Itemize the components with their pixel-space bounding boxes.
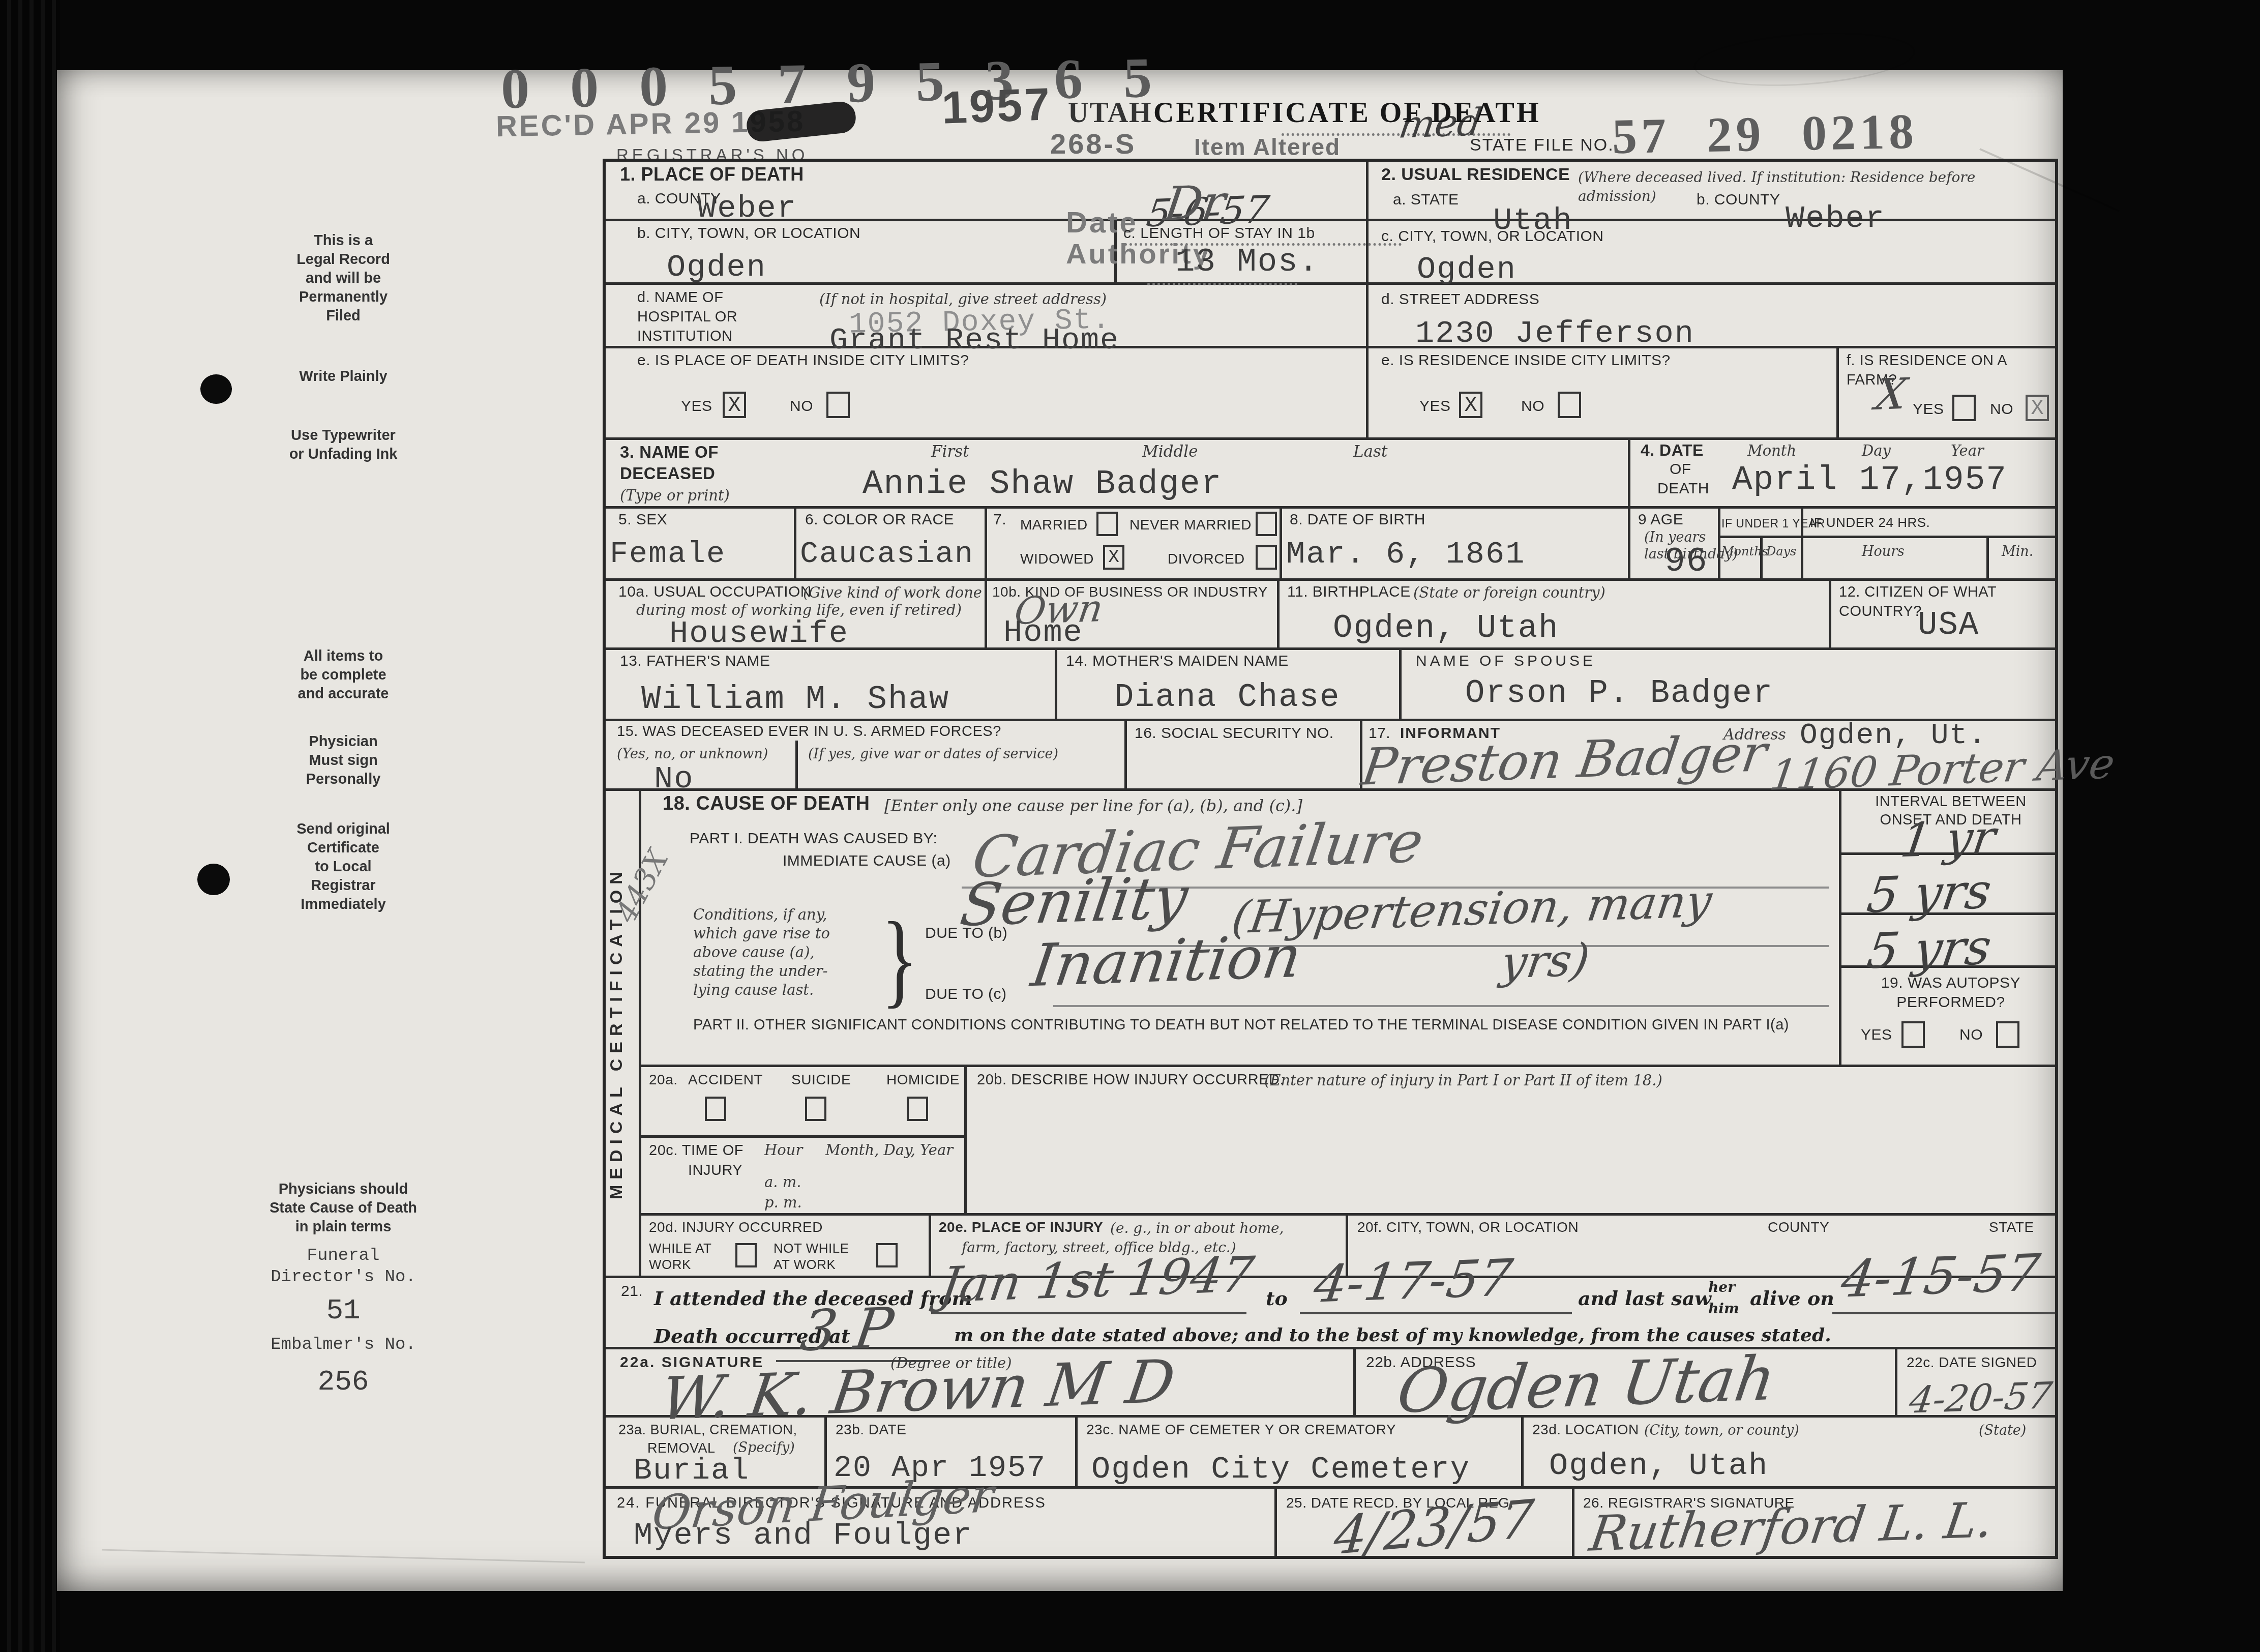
field-7-divorced-label: DIVORCED [1168, 549, 1245, 569]
field-2d-label: d. STREET ADDRESS [1381, 290, 1539, 309]
field-23d-value: Ogden, Utah [1549, 1448, 1768, 1484]
grid-line [1836, 346, 1839, 437]
cause-c-line [1053, 1005, 1829, 1007]
field-11-note: (State or foreign country) [1413, 583, 1605, 602]
field-22c-label: 22c. DATE SIGNED [1907, 1353, 2037, 1372]
funeral-director-no-value: 51 [224, 1294, 463, 1327]
state-file-no-label: STATE FILE NO. [1470, 135, 1614, 155]
checkbox-2e-yes: X [1459, 392, 1482, 418]
embalmer-no-value: 256 [224, 1366, 463, 1398]
field-10a-note-1: (Give kind of work done [803, 583, 982, 602]
field-21-text-6: m on the date stated above; and to the b… [954, 1324, 1831, 1346]
checkbox-20d-while [735, 1243, 757, 1267]
checkbox-2f-no: X [2026, 395, 2049, 421]
checkbox-19-yes [1901, 1021, 1925, 1048]
grid-line [1399, 647, 1402, 719]
field-9-days-label: Days [1766, 542, 1796, 561]
field-14-label: 14. MOTHER'S MAIDEN NAME [1066, 652, 1289, 671]
authority-value-handwriting: Dr [1161, 175, 1229, 231]
field-23c-value: Ogden City Cemetery [1091, 1451, 1470, 1487]
field-18-conditions-note: Conditions, if any, which gave rise to a… [693, 905, 830, 999]
checkbox-7-widowed: X [1103, 545, 1124, 570]
margin-note-plain-terms: Physicians should State Cause of Death i… [224, 1180, 463, 1236]
field-9-months-label: Months [1721, 542, 1768, 561]
field-20b-note: (Enter nature of injury in Part I or Par… [1264, 1071, 1662, 1090]
cause-c-handwriting: Inanition [1027, 923, 1305, 1000]
grid-line [1986, 536, 1989, 578]
field-20c-label-1: 20c. TIME OF [649, 1141, 744, 1160]
field-21-from-line [931, 1312, 1246, 1314]
grid-line [964, 1065, 967, 1213]
grid-line [1366, 162, 1369, 437]
field-7-number: 7. [993, 510, 1006, 529]
field-23b-label: 23b. DATE [836, 1420, 906, 1439]
field-3-title: 3. NAME OF DECEASED [620, 441, 719, 484]
field-23a-label-1: 23a. BURIAL, CREMATION, [618, 1420, 797, 1439]
title-state: UTAH [1068, 97, 1152, 129]
medical-certification-label: MEDICAL CERTIFICATION [607, 792, 637, 1273]
field-20a-number: 20a. [649, 1070, 678, 1089]
grid-line [1628, 437, 1630, 506]
field-20f-label: 20f. CITY, TOWN, OR LOCATION [1357, 1218, 1579, 1237]
field-4-title-2: OF [1670, 460, 1691, 479]
field-9-under24-label: IF UNDER 24 HRS. [1810, 513, 1930, 532]
grid-line [1521, 1415, 1524, 1486]
field-1c-label: c. LENGTH OF STAY IN 1b [1123, 224, 1315, 243]
grid-line [1075, 1415, 1078, 1486]
grid-line [1124, 719, 1127, 788]
margin-note-write-plainly: Write Plainly [224, 367, 463, 386]
field-20c-mdy-label: Month, Day, Year [825, 1141, 953, 1160]
field-21-from-handwriting: Jan 1st 1947 [936, 1246, 1257, 1313]
checkbox-20d-notwhile [876, 1243, 898, 1267]
field-3-note: (Type or print) [620, 486, 730, 505]
field-4-title-3: DEATH [1657, 479, 1709, 498]
field-21-text-3: and last saw [1578, 1287, 1711, 1310]
field-21-number: 21. [621, 1282, 643, 1301]
field-20b-label: 20b. DESCRIBE HOW INJURY OCCURRED. [977, 1070, 1284, 1089]
cause-b3-handwriting: yrs) [1498, 933, 1593, 989]
field-20a-suicide-label: SUICIDE [791, 1070, 851, 1089]
checkbox-1e-no [826, 392, 850, 418]
grid-line [794, 506, 796, 578]
field-1e-label: e. IS PLACE OF DEATH INSIDE CITY LIMITS? [637, 351, 969, 370]
grid-line [1718, 536, 2055, 538]
field-2e-label: e. IS RESIDENCE INSIDE CITY LIMITS? [1381, 351, 1671, 370]
checkbox-7-never-married [1256, 512, 1277, 536]
field-19-yes-label: YES [1861, 1025, 1892, 1045]
margin-note-legal-record: This is a Legal Record and will be Perma… [224, 231, 463, 326]
field-8-label: 8. DATE OF BIRTH [1290, 510, 1425, 529]
checkbox-7-married [1096, 512, 1118, 536]
title-main: CERTIFICATE OF DEATH [1153, 97, 1541, 129]
grid-line [606, 437, 2055, 440]
field-23d-note: (City, town, or county) [1644, 1421, 1799, 1440]
certificate-form: 1. PLACE OF DEATH a. COUNTY Weber Date 5… [603, 159, 2058, 1559]
field-20c-label-2: INJURY [688, 1161, 742, 1180]
field-14-value: Diana Chase [1114, 680, 1340, 716]
field-20c-am-label: a. m. [764, 1173, 801, 1192]
checkbox-20a-accident [705, 1097, 726, 1121]
margin-note-typewriter: Use Typewriter or Unfading Ink [224, 426, 463, 464]
grid-line [1055, 647, 1057, 719]
field-21-her-label: her [1708, 1279, 1735, 1295]
field-22b-handwriting: Ogden Utah [1393, 1343, 1779, 1427]
field-spouse-label: NAME OF SPOUSE [1416, 652, 1596, 671]
grid-line [1628, 506, 1630, 578]
field-22c-handwriting: 4-20-57 [1907, 1374, 2055, 1422]
field-20a-homicide-label: HOMICIDE [886, 1070, 960, 1089]
field-1b-label: b. CITY, TOWN, OR LOCATION [637, 224, 860, 243]
grid-line [1353, 1347, 1356, 1415]
checkbox-20a-suicide [805, 1097, 826, 1121]
grid-line [1572, 1486, 1574, 1556]
field-2b-value: Weber [1786, 200, 1885, 237]
field-2-note: (Where deceased lived. If institution: R… [1578, 168, 2055, 205]
grid-line [1277, 578, 1280, 647]
field-4-year-header: Year [1951, 441, 1984, 460]
field-12-value: USA [1918, 607, 1979, 644]
field-3-value: Annie Shaw Badger [863, 465, 1222, 503]
field-2f-yes-label: YES [1913, 400, 1944, 419]
field-10a-value: Housewife [669, 615, 849, 652]
checkbox-2e-no [1558, 392, 1581, 418]
field-23c-label: 23c. NAME OF CEMETER Y OR CREMATORY [1086, 1420, 1396, 1439]
funeral-director-no-label: Funeral Director's No. [224, 1245, 463, 1288]
field-2b-label: b. COUNTY [1697, 190, 1780, 210]
grid-line [1280, 506, 1282, 578]
field-20d-notwhile-label: NOT WHILE AT WORK [774, 1240, 849, 1273]
interval-b-handwriting: 5 yrs [1863, 863, 1995, 924]
year-1957-stamp: 1957 [941, 78, 1053, 134]
grid-line [1895, 1347, 1897, 1415]
field-20e-note-1: (e. g., in or about home, [1110, 1219, 1284, 1237]
field-2e-yes-label: YES [1419, 397, 1451, 416]
field-21-alive-line [1832, 1312, 2055, 1314]
field-spouse-value: Orson P. Badger [1465, 675, 1773, 712]
field-10b-value: Home [1003, 614, 1083, 651]
grid-line [1274, 1486, 1277, 1556]
field-1b-value: Ogden [667, 249, 766, 285]
grid-line [1829, 578, 1831, 647]
checkbox-1e-yes: X [723, 392, 746, 418]
checkbox-7-divorced [1256, 545, 1277, 570]
checkbox-19-no [1996, 1021, 2019, 1048]
field-8-value: Mar. 6, 1861 [1286, 536, 1525, 572]
grid-line [606, 282, 2055, 285]
grid-line [606, 506, 2055, 509]
field-21-time-handwriting: 3 P [796, 1295, 897, 1364]
grid-line [985, 578, 987, 647]
field-18-due-c-label: DUE TO (c) [925, 985, 1007, 1004]
field-15-note-2: (If yes, give war or dates of service) [808, 745, 1058, 763]
field-9-min-label: Min. [2002, 542, 2033, 561]
field-16-label: 16. SOCIAL SECURITY NO. [1135, 724, 1334, 743]
interval-c-handwriting: 5 yrs [1863, 919, 1995, 980]
state-file-no-value: 57 29 0218 [1612, 103, 1918, 165]
field-11-value: Ogden, Utah [1333, 610, 1559, 647]
field-3-middle-header: Middle [1142, 442, 1198, 461]
grid-line [639, 1065, 2055, 1067]
field-1-title: 1. PLACE OF DEATH [620, 165, 804, 184]
field-19-no-label: NO [1959, 1025, 1983, 1045]
field-4-month-header: Month [1747, 441, 1796, 460]
field-9-hours-label: Hours [1862, 542, 1905, 561]
field-1e-yes-label: YES [681, 397, 712, 416]
grid-line [929, 1213, 931, 1276]
field-4-day-header: Day [1862, 441, 1891, 460]
checkbox-2f-yes [1952, 395, 1976, 421]
field-21-text-2: to [1266, 1287, 1288, 1310]
grid-line [639, 1135, 964, 1138]
checkbox-20a-homicide [907, 1097, 928, 1121]
field-2e-no-label: NO [1521, 397, 1544, 416]
grid-line [606, 578, 2055, 581]
field-3-first-header: First [931, 442, 969, 461]
field-20c-pm-label: p. m. [764, 1193, 802, 1212]
field-2a-label: a. STATE [1393, 190, 1459, 210]
authority-stamp-leader [1147, 283, 1297, 285]
field-18-immediate-label: IMMEDIATE CAUSE (a) [783, 851, 951, 871]
field-23d-label: 23d. LOCATION [1532, 1420, 1639, 1439]
field-5-label: 5. SEX [618, 510, 667, 529]
grid-line [985, 506, 987, 578]
field-11-label: 11. BIRTHPLACE [1287, 582, 1411, 602]
grid-line [1839, 788, 1841, 1065]
field-6-label: 6. COLOR OR RACE [805, 510, 954, 529]
field-5-value: Female [610, 537, 726, 572]
field-21-text-4: alive on [1750, 1287, 1834, 1310]
field-6-value: Caucasian [800, 537, 974, 572]
field-18-title: 18. CAUSE OF DEATH [663, 794, 870, 813]
field-1c-value: 13 Mos. [1175, 244, 1319, 281]
field-9-label: 9 AGE [1638, 510, 1683, 529]
registrar-number-stamp: 268-S [1050, 127, 1136, 160]
field-2f-hand-x: X [1872, 369, 1910, 420]
field-20f-county-label: COUNTY [1768, 1218, 1829, 1237]
field-2d-value: 1230 Jefferson [1415, 315, 1694, 351]
field-2c-value: Ogden [1417, 251, 1516, 287]
embalmer-no-label: Embalmer's No. [224, 1335, 463, 1354]
field-3-last-header: Last [1353, 442, 1387, 461]
field-13-label: 13. FATHER'S NAME [620, 652, 770, 671]
field-1e-no-label: NO [790, 397, 813, 416]
field-21-alive-handwriting: 4-15-57 [1838, 1243, 2043, 1309]
field-20d-label: 20d. INJURY OCCURRED [649, 1218, 823, 1237]
field-4-title-1: 4. DATE [1641, 440, 1704, 460]
margin-note-complete: All items to be complete and accurate [224, 647, 463, 703]
interval-a-handwriting: 1 yr [1897, 810, 1999, 868]
item-altered-label: Item Altered [1194, 133, 1341, 161]
field-20a-accident-label: ACCIDENT [688, 1070, 763, 1089]
field-7-widowed-label: WIDOWED [1020, 549, 1094, 569]
field-15-label: 15. WAS DECEASED EVER IN U. S. ARMED FOR… [617, 722, 1001, 741]
scanned-death-certificate: This is a Legal Record and will be Perma… [0, 0, 2260, 1652]
field-20e-label: 20e. PLACE OF INJURY [939, 1218, 1103, 1237]
field-18-part1-label: PART I. DEATH WAS CAUSED BY: [690, 829, 937, 848]
field-7-never-married-label: NEVER MARRIED [1129, 515, 1252, 535]
margin-note-send-original: Send original Certificate to Local Regis… [224, 820, 463, 914]
field-20c-hour-label: Hour [764, 1141, 802, 1160]
field-24-value: Myers and Foulger [634, 1517, 973, 1553]
field-1a-value: Weber [697, 190, 797, 226]
field-20d-while-label: WHILE AT WORK [649, 1240, 711, 1273]
field-15-value: No [654, 761, 694, 797]
field-10a-label: 10a. USUAL OCCUPATION [618, 582, 812, 602]
field-23d-state-note: (State) [1979, 1421, 2026, 1440]
field-9-value: 96 [1664, 542, 1708, 581]
grid-line [795, 741, 798, 788]
field-18-part2-label: PART II. OTHER SIGNIFICANT CONDITIONS CO… [693, 1015, 1789, 1035]
field-21-to-handwriting: 4-17-57 [1311, 1248, 1516, 1314]
field-1d-label: d. NAME OF HOSPITAL OR INSTITUTION [637, 288, 737, 346]
conditions-brace: } [881, 898, 918, 1020]
field-2-title: 2. USUAL RESIDENCE [1381, 165, 1570, 184]
field-7-married-label: MARRIED [1020, 515, 1088, 535]
field-21-him-label: him [1708, 1300, 1739, 1317]
field-2f-no-label: NO [1990, 400, 2013, 419]
field-18-bracket-note: [Enter only one cause per line for (a), … [884, 796, 1302, 815]
field-21-to-line [1300, 1312, 1572, 1314]
field-2c-label: c. CITY, TOWN, OR LOCATION [1381, 227, 1604, 246]
field-19-label: 19. WAS AUTOPSY PERFORMED? [1847, 973, 2055, 1012]
field-4-value: April 17,1957 [1732, 461, 2007, 499]
field-13-value: William M. Shaw [641, 682, 949, 718]
margin-note-physician-sign: Physician Must sign Personally [224, 732, 463, 789]
field-20f-state-label: STATE [1989, 1218, 2034, 1237]
